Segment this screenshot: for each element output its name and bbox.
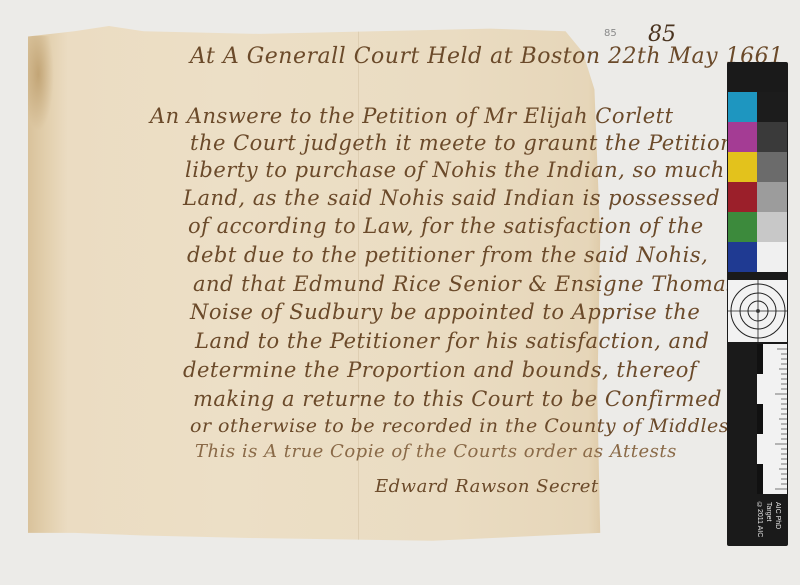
swatch-magenta <box>728 122 758 152</box>
text-line-10: determine the Proportion and bounds, the… <box>183 358 697 382</box>
swatch-red <box>728 182 758 212</box>
text-line-9: Land to the Petitioner for his satisfact… <box>195 329 709 353</box>
target-label-line-1: AIC PhD Target <box>765 502 781 529</box>
gray-patch-2 <box>757 122 787 152</box>
gray-patch-4 <box>757 182 787 212</box>
attestation-line: This is A true Copie of the Courts order… <box>195 441 677 462</box>
text-line-7: and that Edmund Rice Senior & Ensigne Th… <box>193 272 738 296</box>
text-line-1: An Answere to the Petition of Mr Elijah … <box>150 104 674 128</box>
document-heading: At A Generall Court Held at Boston 22th … <box>190 44 784 69</box>
text-line-8: Noise of Sudbury be appointed to Apprise… <box>190 300 700 324</box>
swatch-cyan <box>728 92 758 122</box>
text-line-3: liberty to purchase of Nohis the Indian,… <box>185 158 725 182</box>
text-line-11: making a returne to this Court to be Con… <box>193 387 722 411</box>
signature: Edward Rawson Secret <box>375 476 599 497</box>
text-line-2: the Court judgeth it meete to graunt the… <box>190 131 758 155</box>
gray-patch-5 <box>757 212 787 242</box>
text-line-4: Land, as the said Nohis said Indian is p… <box>183 186 720 210</box>
text-line-12: or otherwise to be recorded in the Count… <box>190 415 752 437</box>
gray-patch-3 <box>757 152 787 182</box>
bullseye-target-icon <box>728 280 787 342</box>
gray-patch-6 <box>757 242 787 272</box>
measurement-ruler <box>763 344 787 494</box>
gray-patch-1 <box>757 92 787 122</box>
pencil-folio-number: 85 <box>604 28 617 39</box>
swatch-green <box>728 212 758 242</box>
target-label: AIC PhD Target ©2011 AIC <box>732 502 782 542</box>
target-label-line-2: ©2011 AIC <box>756 502 763 537</box>
swatch-blue <box>728 242 758 272</box>
text-line-6: debt due to the petitioner from the said… <box>187 243 708 267</box>
water-stain <box>28 36 54 131</box>
text-line-5: of according to Law, for the satisfactio… <box>188 214 704 238</box>
color-calibration-target: AIC PhD Target ©2011 AIC <box>727 62 788 546</box>
swatch-yellow <box>728 152 758 182</box>
